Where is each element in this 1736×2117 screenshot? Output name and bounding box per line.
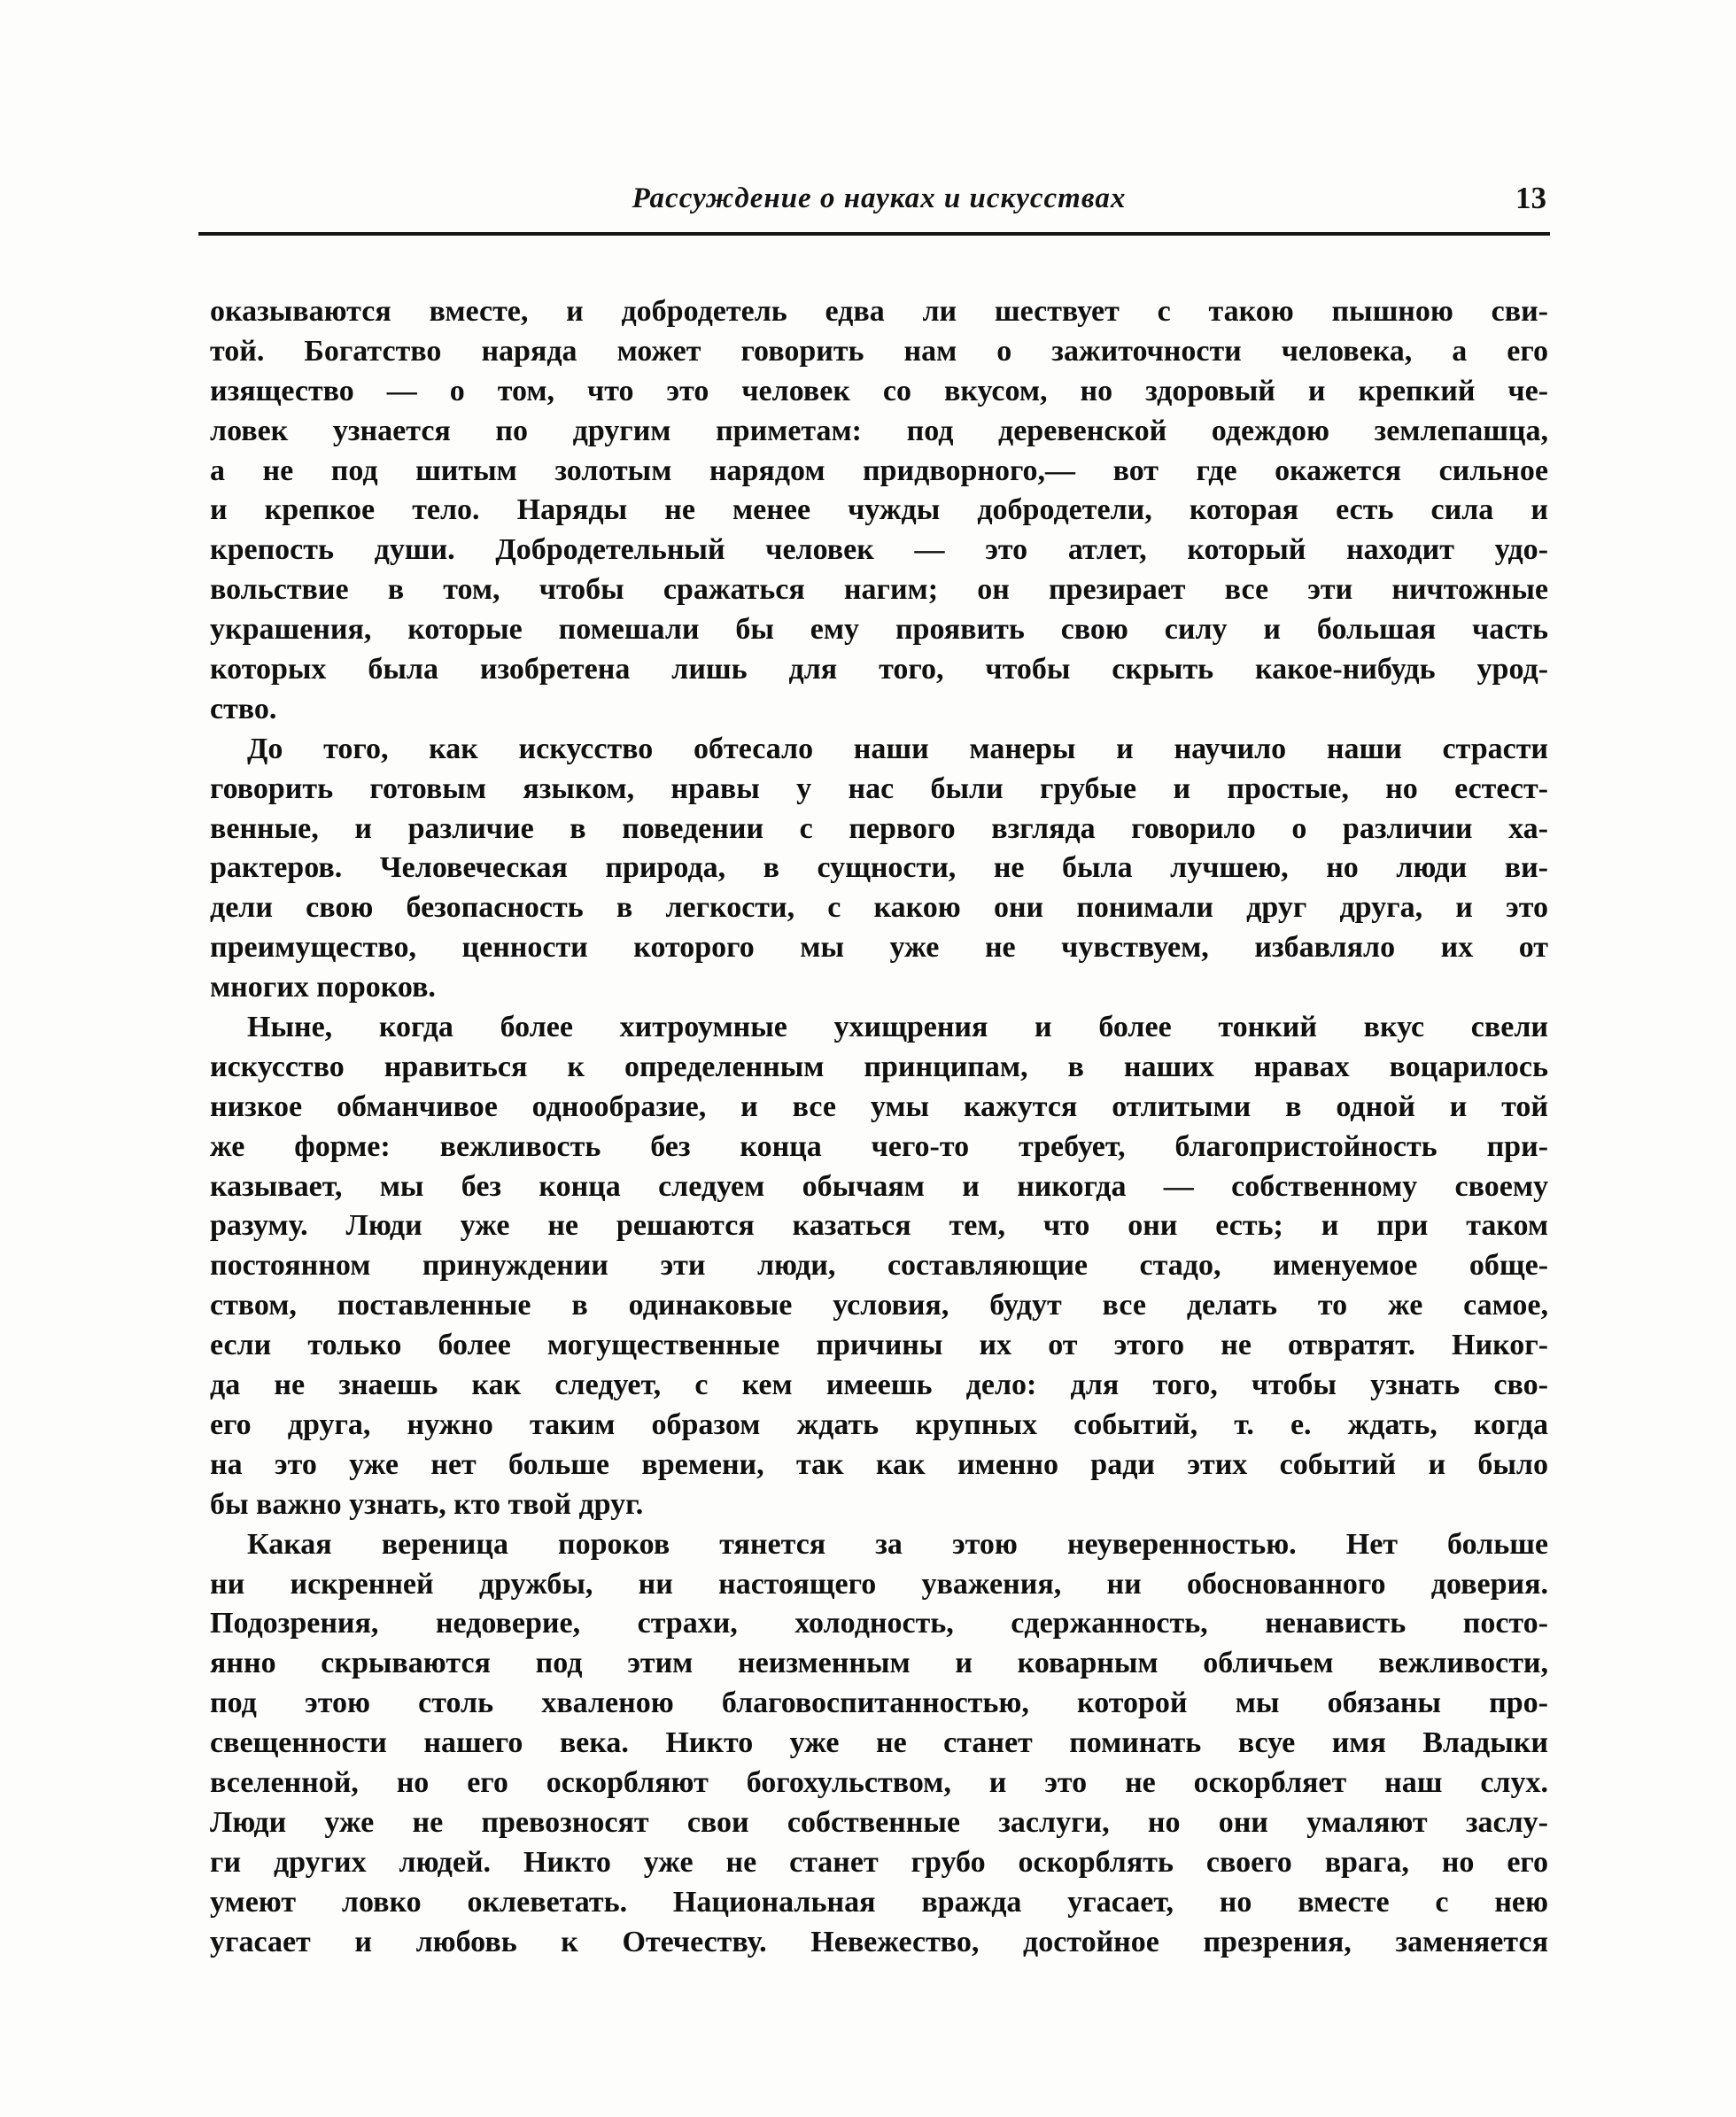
book-page: Рассуждение о науках и искусствах 13 ока… — [0, 0, 1736, 2117]
running-title: Рассуждение о науках и искусствах — [210, 182, 1548, 215]
text-line: оказываются вместе, и добродетель едва л… — [210, 292, 1548, 332]
text-line: казывает, мы без конца следуем обычаям и… — [210, 1167, 1548, 1207]
text-line: да не знаешь как следует, с кем имеешь д… — [210, 1366, 1548, 1406]
text-line: на это уже нет больше времени, так как и… — [210, 1446, 1548, 1485]
text-line: Люди уже не превозносят свои собственные… — [210, 1803, 1548, 1843]
text-line: Ныне, когда более хитроумные ухищрения и… — [210, 1008, 1548, 1048]
text-line: его друга, нужно таким образом ждать кру… — [210, 1406, 1548, 1446]
text-line: многих пороков. — [210, 968, 1548, 1008]
text-line: и крепкое тело. Наряды не менее чужды до… — [210, 491, 1548, 531]
text-line: венные, и различие в поведении с первого… — [210, 810, 1548, 849]
text-line: преимущество, ценности которого мы уже н… — [210, 928, 1548, 968]
text-line: а не под шитым золотым нарядом придворно… — [210, 452, 1548, 492]
text-line: умеют ловко оклеветать. Национальная вра… — [210, 1883, 1548, 1923]
text-line: если только более могущественные причины… — [210, 1326, 1548, 1366]
text-line: той. Богатство наряда может говорить нам… — [210, 332, 1548, 372]
text-line: ни искренней дружбы, ни настоящего уваже… — [210, 1565, 1548, 1605]
text-line: разуму. Люди уже не решаются казаться те… — [210, 1206, 1548, 1246]
text-line: под этою столь хваленою благовоспитаннос… — [210, 1684, 1548, 1724]
text-line: До того, как искусство обтесало наши ман… — [210, 730, 1548, 770]
text-line: вольствие в том, чтобы сражаться нагим; … — [210, 570, 1548, 610]
text-line: говорить готовым языком, нравы у нас был… — [210, 770, 1548, 810]
text-line: ловек узнается по другим приметам: под д… — [210, 412, 1548, 452]
page-header: Рассуждение о науках и искусствах 13 — [210, 182, 1548, 225]
text-line: дели свою безопасность в легкости, с как… — [210, 888, 1548, 928]
text-line: ство. — [210, 690, 1548, 730]
text-line: бы важно узнать, кто твой друг. — [210, 1485, 1548, 1525]
text-line: угасает и любовь к Отечеству. Невежество… — [210, 1923, 1548, 1963]
text-line: свещенности нашего века. Никто уже не ст… — [210, 1724, 1548, 1764]
text-line: украшения, которые помешали бы ему прояв… — [210, 610, 1548, 650]
text-line: крепость души. Добродетельный человек — … — [210, 531, 1548, 570]
text-line: вселенной, но его оскорбляют богохульств… — [210, 1764, 1548, 1803]
page-number: 13 — [1515, 181, 1546, 216]
text-line: же форме: вежливость без конца чего-то т… — [210, 1128, 1548, 1167]
text-line: ги других людей. Никто уже не станет гру… — [210, 1843, 1548, 1883]
body-text: оказываются вместе, и добродетель едва л… — [210, 292, 1548, 1962]
text-line: ством, поставленные в одинаковые условия… — [210, 1286, 1548, 1326]
text-line: низкое обманчивое однообразие, и все умы… — [210, 1088, 1548, 1128]
text-line: рактеров. Человеческая природа, в сущнос… — [210, 849, 1548, 888]
text-line: искусство нравиться к определенным принц… — [210, 1048, 1548, 1088]
text-line: постоянном принуждении эти люди, составл… — [210, 1246, 1548, 1286]
text-line: которых была изобретена лишь для того, ч… — [210, 650, 1548, 690]
text-line: янно скрываются под этим неизменным и ко… — [210, 1644, 1548, 1684]
header-rule — [198, 232, 1550, 236]
text-line: изящество — о том, что это человек со вк… — [210, 372, 1548, 412]
text-line: Какая вереница пороков тянется за этою н… — [210, 1525, 1548, 1565]
text-line: Подозрения, недоверие, страхи, холодност… — [210, 1604, 1548, 1644]
